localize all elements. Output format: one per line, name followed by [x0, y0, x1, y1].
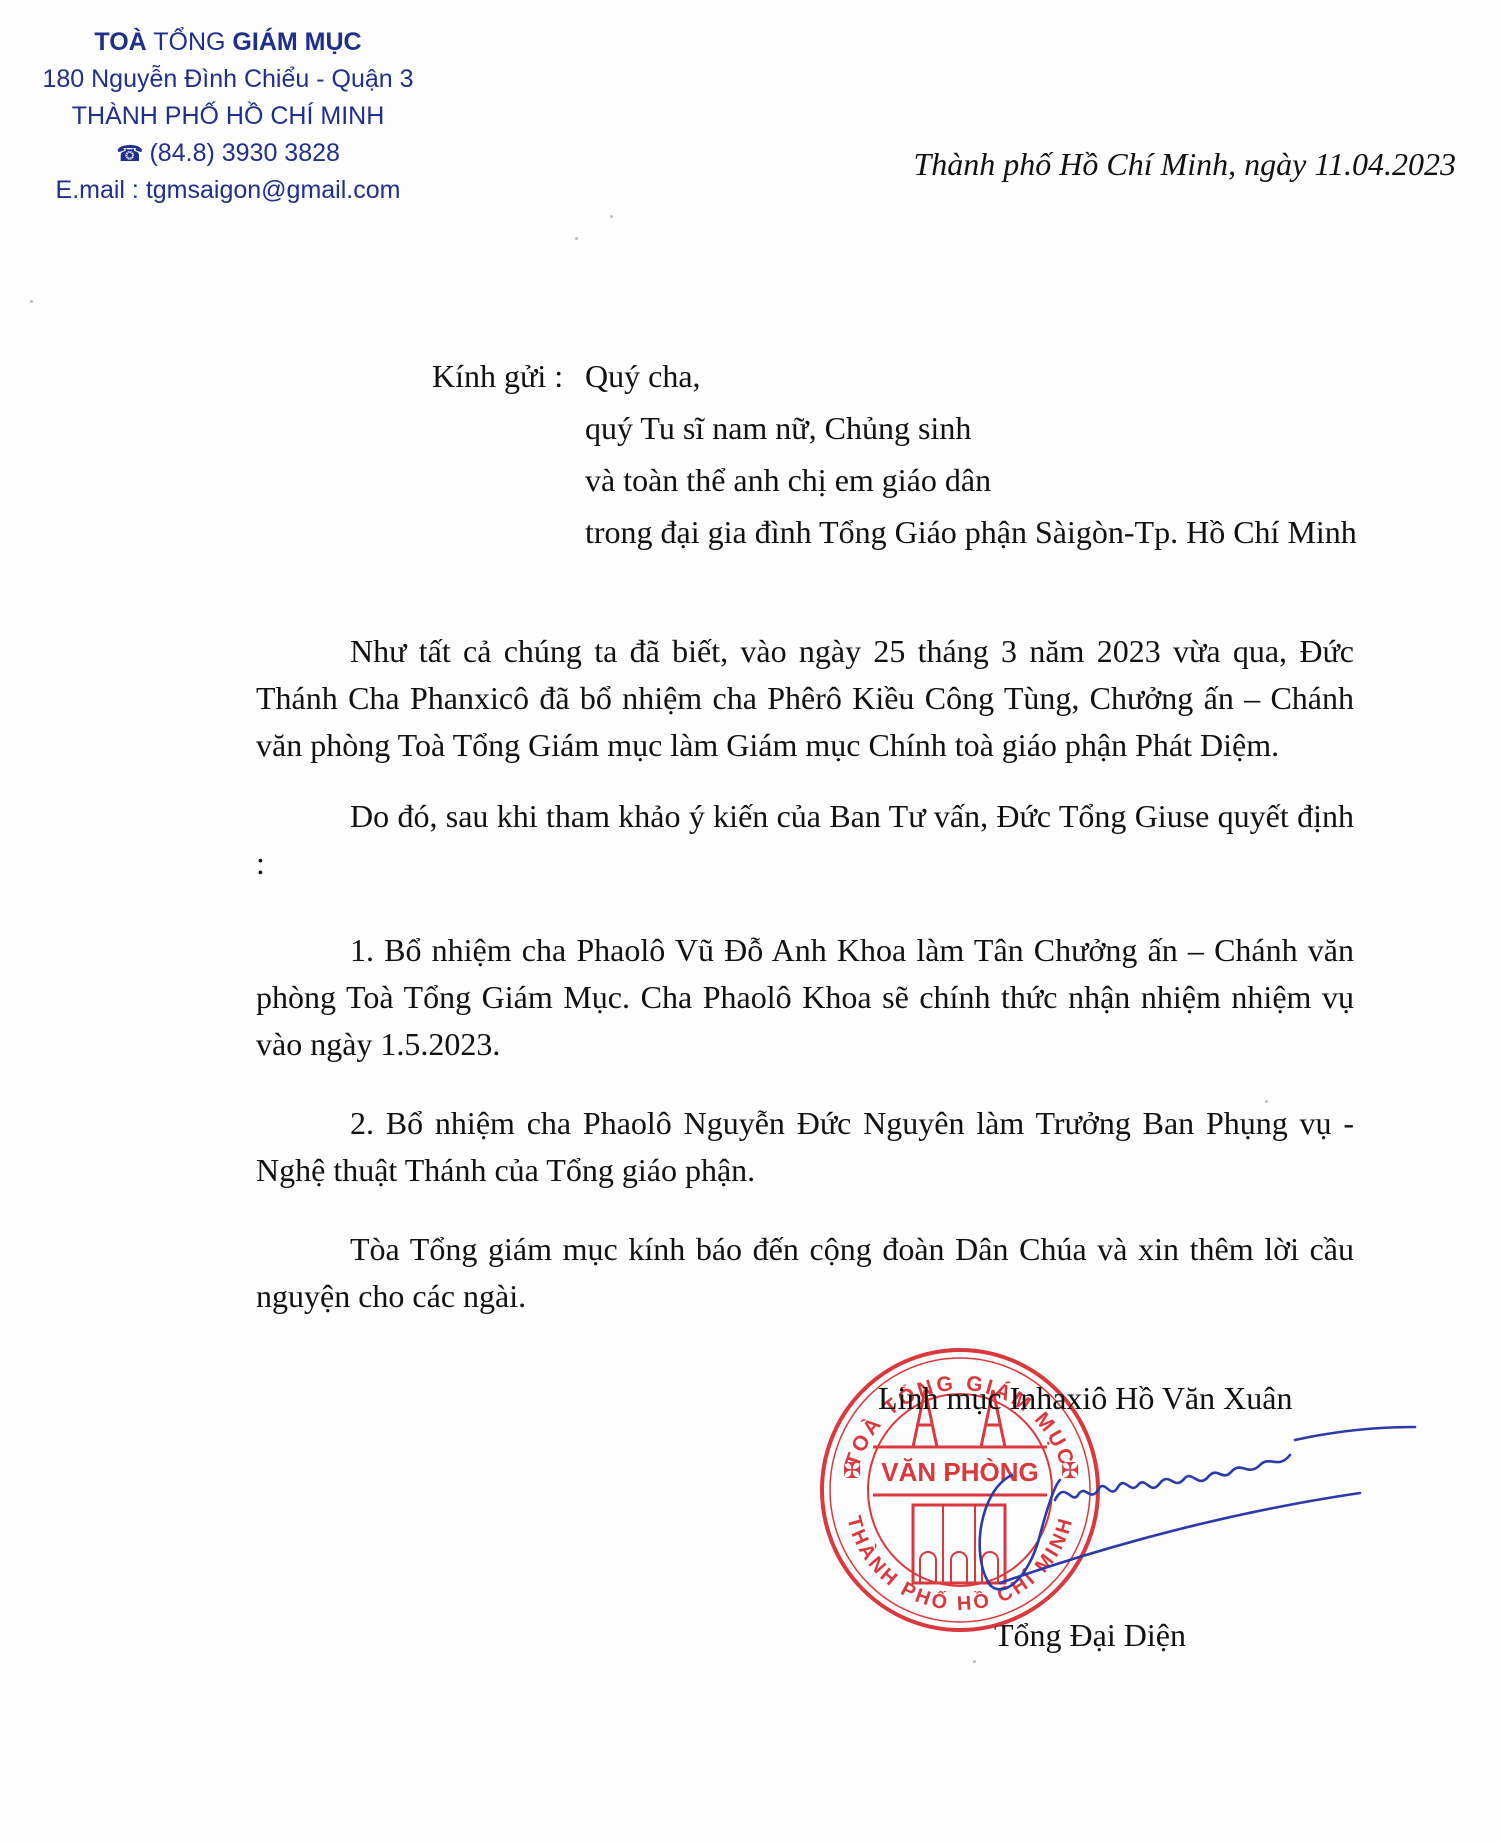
org-name-part3: GIÁM MỤC	[232, 28, 361, 56]
recipients-label: Kính gửi :	[432, 350, 585, 402]
letter-body: Như tất cả chúng ta đã biết, vào ngày 25…	[256, 628, 1354, 1344]
scan-speck	[575, 237, 578, 240]
phone-line: ☎(84.8) 3930 3828	[18, 135, 438, 172]
appointment-item: 1. Bổ nhiệm cha Phaolô Vũ Đỗ Anh Khoa là…	[256, 927, 1354, 1068]
email-label: E.mail :	[56, 176, 146, 204]
phone-icon: ☎	[116, 135, 143, 172]
scan-speck	[1265, 1100, 1268, 1103]
appointment-item: 2. Bổ nhiệm cha Phaolô Nguyễn Đức Nguyên…	[256, 1100, 1354, 1194]
body-paragraph: Do đó, sau khi tham khảo ý kiến của Ban …	[256, 793, 1354, 887]
recipients-block: Kính gửi :Quý cha, quý Tu sĩ nam nữ, Chủ…	[432, 350, 1357, 558]
scan-speck	[973, 1660, 976, 1663]
org-name-part2: TỔNG	[153, 28, 225, 56]
recipient-line: Kính gửi :Quý cha,	[432, 350, 1357, 402]
scan-speck	[610, 215, 613, 218]
recipient-line: trong đại gia đình Tổng Giáo phận Sàigòn…	[432, 506, 1357, 558]
email-line: E.mail : tgmsaigon@gmail.com	[18, 172, 438, 209]
scan-speck	[30, 300, 33, 303]
body-paragraph: Tòa Tổng giám mục kính báo đến cộng đoàn…	[256, 1226, 1354, 1320]
letterhead: TOÀ TỔNG GIÁM MỤC 180 Nguyễn Đình Chiểu …	[18, 24, 438, 209]
email-address: tgmsaigon@gmail.com	[146, 176, 401, 204]
svg-text:✠: ✠	[843, 1458, 861, 1483]
body-paragraph: Như tất cả chúng ta đã biết, vào ngày 25…	[256, 628, 1354, 769]
organization-name: TOÀ TỔNG GIÁM MỤC	[18, 24, 438, 61]
dateline: Thành phố Hồ Chí Minh, ngày 11.04.2023	[913, 146, 1456, 183]
handwritten-signature	[960, 1405, 1430, 1605]
recipient-line: và toàn thể anh chị em giáo dân	[432, 454, 1357, 506]
recipient-line: quý Tu sĩ nam nữ, Chủng sinh	[432, 402, 1357, 454]
org-name-part1: TOÀ	[94, 28, 146, 56]
phone-number: (84.8) 3930 3828	[149, 139, 339, 167]
city: THÀNH PHỐ HỒ CHÍ MINH	[18, 98, 438, 135]
address: 180 Nguyễn Đình Chiểu - Quận 3	[18, 61, 438, 98]
recipient-text: Quý cha,	[585, 358, 701, 394]
